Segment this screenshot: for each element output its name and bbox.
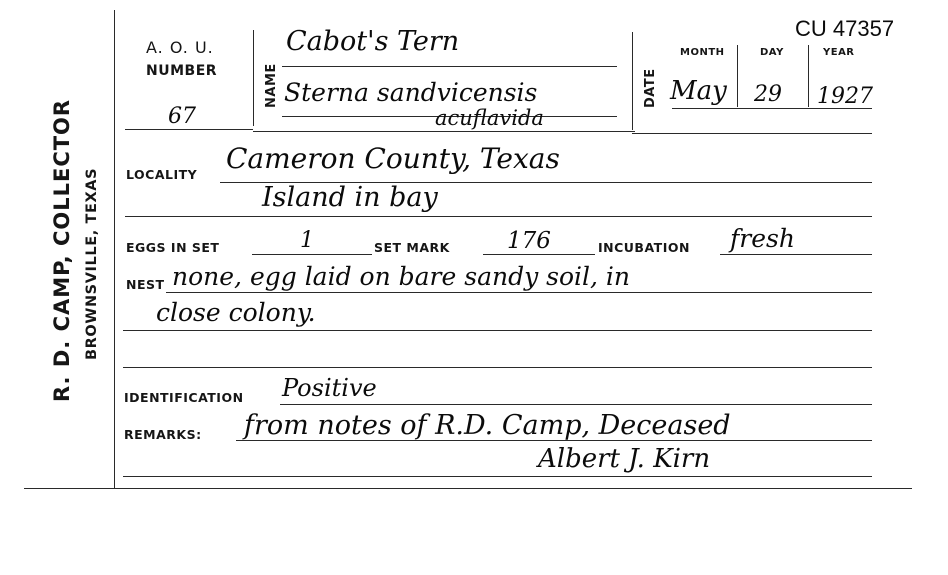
aou-number-value: 67 (168, 104, 196, 129)
nest-line3 (123, 367, 872, 368)
aou-label-line1: A. O. U. (146, 38, 214, 57)
subspecies-value: acuflavida (435, 106, 544, 130)
locality-label: LOCALITY (126, 167, 197, 182)
card-left-border (114, 10, 115, 488)
set-mark-label: SET MARK (374, 240, 450, 255)
day-year-divider (808, 45, 809, 107)
name-label: NAME (264, 63, 279, 108)
incubation-line (720, 254, 872, 255)
remarks-line1 (236, 440, 872, 441)
card-bottom-border (24, 488, 912, 489)
locality-line2 (125, 216, 872, 217)
month-day-divider (737, 45, 738, 107)
remarks-line2 (123, 476, 872, 477)
remarks-line1-value: from notes of R.D. Camp, Deceased (244, 410, 731, 441)
remarks-label: REMARKS: (124, 427, 202, 442)
locality-line2-value: Island in bay (262, 182, 438, 213)
catalog-number: CU 47357 (795, 16, 894, 42)
name-bottom-line (253, 131, 635, 132)
nest-label: NEST (126, 277, 165, 292)
incubation-label: INCUBATION (598, 240, 690, 255)
eggs-in-set-label: EGGS IN SET (126, 240, 219, 255)
identification-line (280, 404, 872, 405)
incubation-value: fresh (730, 224, 795, 253)
year-value: 1927 (817, 84, 873, 109)
date-label: DATE (643, 68, 658, 108)
date-bottom-line (632, 133, 872, 134)
aou-divider (253, 30, 254, 126)
date-underline (672, 108, 872, 109)
common-name-value: Cabot's Tern (286, 26, 459, 57)
aou-underline (125, 129, 253, 130)
remarks-signature: Albert J. Kirn (538, 444, 710, 474)
nest-line2 (123, 330, 872, 331)
collector-name: R. D. CAMP, COLLECTOR (50, 99, 74, 402)
day-value: 29 (754, 82, 782, 107)
identification-label: IDENTIFICATION (124, 390, 244, 405)
collector-location: BROWNSVILLE, TEXAS (84, 168, 100, 360)
eggs-in-set-line (252, 254, 372, 255)
month-value: May (670, 76, 727, 106)
month-label: MONTH (680, 47, 725, 58)
locality-line1-value: Cameron County, Texas (226, 142, 560, 175)
common-name-line (282, 66, 617, 67)
nest-line2-value: close colony. (156, 298, 316, 327)
set-mark-value: 176 (507, 228, 551, 254)
set-mark-line (483, 254, 595, 255)
nest-line1-value: none, egg laid on bare sandy soil, in (172, 262, 630, 291)
scientific-name-value: Sterna sandvicensis (284, 78, 537, 107)
day-label: DAY (760, 47, 784, 58)
nest-line1 (166, 292, 872, 293)
identification-value: Positive (282, 374, 377, 402)
year-label: YEAR (823, 47, 855, 58)
aou-label-line2: NUMBER (146, 63, 217, 79)
eggs-in-set-value: 1 (300, 228, 314, 253)
date-divider (632, 32, 633, 130)
